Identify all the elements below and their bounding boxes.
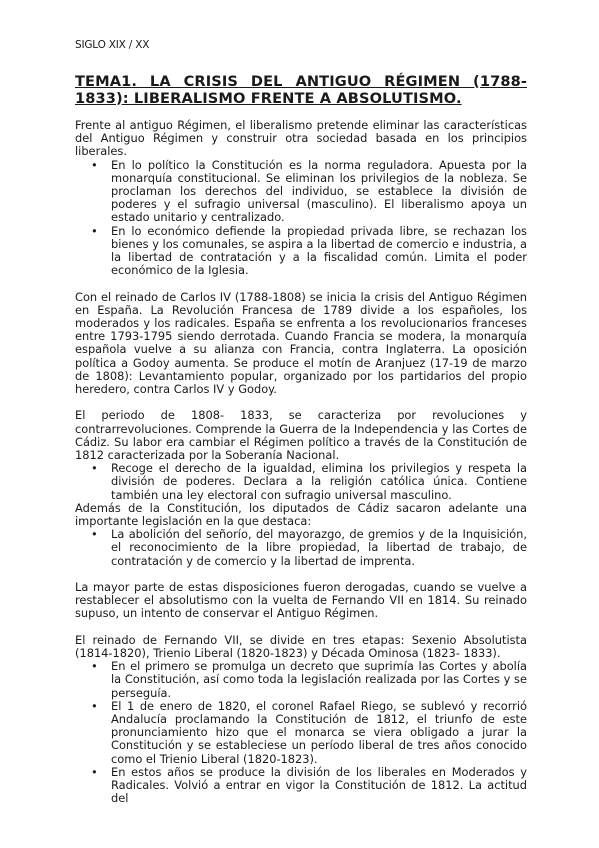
bullet-icon: • (91, 700, 98, 713)
periodo-paragraph: El periodo de 1808- 1833, se caracteriza… (75, 409, 527, 462)
fernando-vii-paragraph: El reinado de Fernando VII, se divide en… (75, 634, 527, 660)
periodo-bullet-list: •Recoge el derecho de la igualdad, elimi… (75, 462, 527, 502)
list-item: •La abolición del señorío, del mayorazgo… (75, 528, 527, 568)
page-header: SIGLO XIX / XX (75, 39, 149, 52)
derogadas-paragraph: La mayor parte de estas disposiciones fu… (75, 581, 527, 621)
carlos-iv-paragraph: Con el reinado de Carlos IV (1788-1808) … (75, 291, 527, 397)
bullet-icon: • (91, 660, 98, 673)
list-item: •En lo económico defiende la propiedad p… (75, 225, 527, 278)
list-item: •El 1 de enero de 1820, el coronel Rafae… (75, 700, 527, 766)
list-item: •En lo político la Constitución es la no… (75, 159, 527, 225)
document-body: Frente al antiguo Régimen, el liberalism… (75, 119, 527, 806)
spacer (75, 621, 527, 634)
cadiz-bullet-list: •La abolición del señorío, del mayorazgo… (75, 528, 527, 568)
list-item: •Recoge el derecho de la igualdad, elimi… (75, 462, 527, 502)
bullet-icon: • (91, 159, 98, 172)
fernando-vii-bullet-list: •En el primero se promulga un decreto qu… (75, 660, 527, 805)
list-item: •En el primero se promulga un decreto qu… (75, 660, 527, 700)
cadiz-legislation-paragraph: Además de la Constitución, los diputados… (75, 502, 527, 528)
spacer (75, 277, 527, 290)
document-title: TEMA1. LA CRISIS DEL ANTIGUO RÉGIMEN (17… (75, 74, 527, 107)
bullet-icon: • (91, 225, 98, 238)
intro-paragraph: Frente al antiguo Régimen, el liberalism… (75, 119, 527, 159)
list-item: •En estos años se produce la división de… (75, 766, 527, 806)
bullet-icon: • (91, 462, 98, 475)
intro-bullet-list: •En lo político la Constitución es la no… (75, 159, 527, 278)
bullet-icon: • (91, 528, 98, 541)
bullet-icon: • (91, 766, 98, 779)
